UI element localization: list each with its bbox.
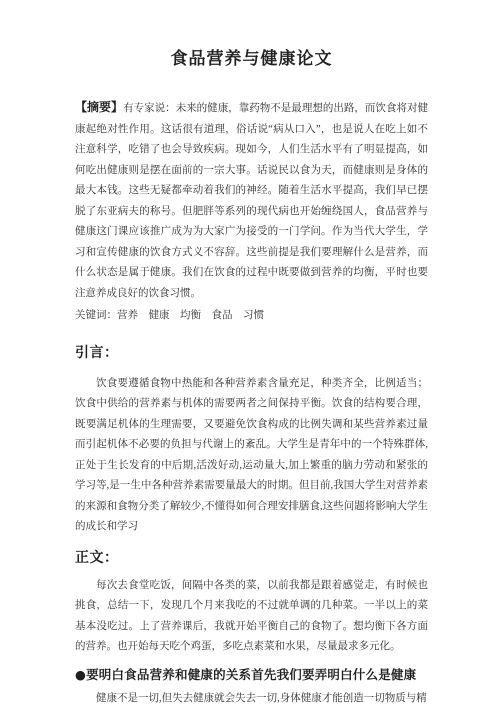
page-title: 食品营养与健康论文 (75, 44, 428, 69)
keywords-label: 关键词： (75, 310, 117, 321)
section-bullet-heading: ●要明白食品营养和健康的关系首先我们要弄明白什么是健康 (75, 665, 428, 683)
abstract-text: 有专家说：未来的健康，靠药物不是最理想的出路，而饮食将对健康起绝对性作用。这话很… (75, 103, 428, 299)
abstract-label: 【摘要】 (75, 100, 123, 114)
keywords-list: 营养 健康 均衡 食品 习惯 (117, 310, 264, 321)
introduction-paragraph: 饮食要遵循食物中热能和各种营养素含量充足，种类齐全，比例适当；饮食中供给的营养素… (75, 374, 428, 538)
section-paragraph: 健康不是一切,但失去健康就会失去一切,身体健康才能创造一切物质与精 (75, 689, 428, 707)
abstract-paragraph: 【摘要】有专家说：未来的健康，靠药物不是最理想的出路，而饮食将对健康起绝对性作用… (75, 97, 428, 304)
main-body-heading: 正文： (75, 547, 428, 567)
keywords-line: 关键词：营养 健康 均衡 食品 习惯 (75, 306, 428, 327)
body-paragraph: 每次去食堂吃饭，间隔中各类的菜，以前我都是跟着感觉走，有时候也挑食，总结一下，发… (75, 576, 428, 658)
introduction-heading: 引言： (75, 342, 428, 362)
document-page: 食品营养与健康论文 【摘要】有专家说：未来的健康，靠药物不是最理想的出路，而饮食… (0, 0, 500, 707)
